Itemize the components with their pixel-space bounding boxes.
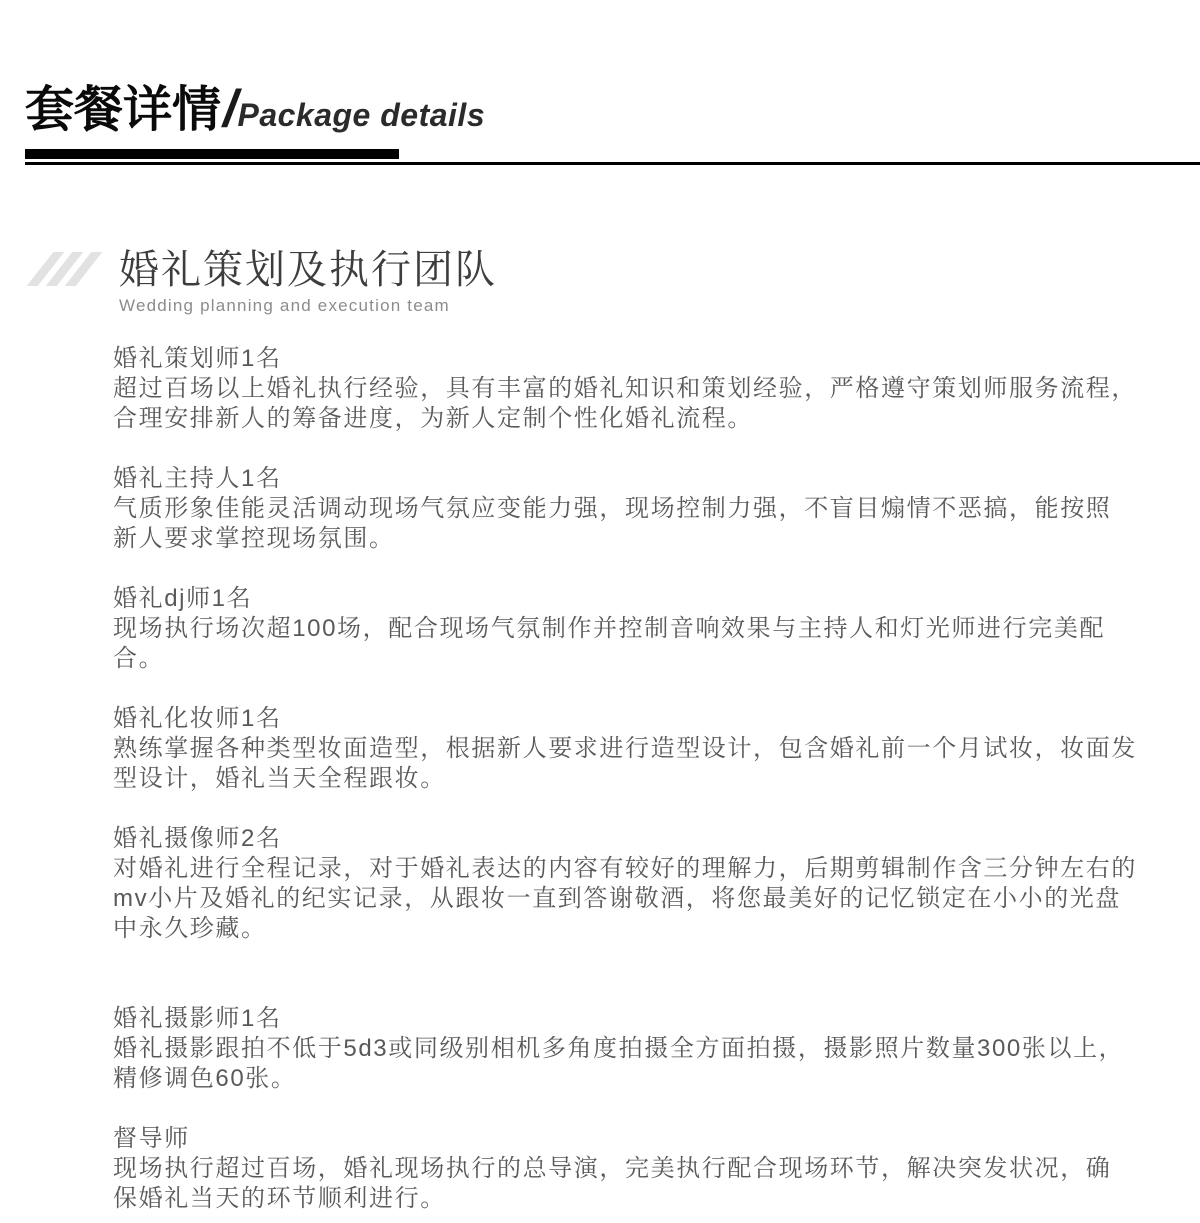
- team-member-paragraph-dj: 婚礼dj师1名 现场执行场次超100场，配合现场气氛制作并控制音响效果与主持人和…: [113, 584, 1140, 674]
- team-member-heading: 婚礼主持人1名: [113, 464, 1140, 494]
- page-header: 套餐详情 / Package details: [0, 0, 1200, 165]
- team-member-paragraph-photographer: 婚礼摄影师1名 婚礼摄影跟拍不低于5d3或同级别相机多角度拍摄全方面拍摄，摄影照…: [113, 1004, 1140, 1094]
- page-title: 套餐详情 / Package details: [25, 83, 1200, 136]
- team-member-paragraph-makeup: 婚礼化妆师1名 熟练掌握各种类型妆面造型，根据新人要求进行造型设计，包含婚礼前一…: [113, 704, 1140, 794]
- team-member-paragraph-supervisor: 督导师 现场执行超过百场，婚礼现场执行的总导演，完美执行配合现场环节，解决突发状…: [113, 1124, 1140, 1214]
- team-member-description: 现场执行超过百场，婚礼现场执行的总导演，完美执行配合现场环节，解决突发状况，确 …: [113, 1154, 1140, 1214]
- team-member-paragraph-planner: 婚礼策划师1名 超过百场以上婚礼执行经验，具有丰富的婚礼知识和策划经验，严格遵守…: [113, 344, 1140, 434]
- title-separator: /: [223, 83, 237, 135]
- package-details-content: 婚礼策划师1名 超过百场以上婚礼执行经验，具有丰富的婚礼知识和策划经验，严格遵守…: [113, 344, 1140, 1214]
- team-member-description: 婚礼摄影跟拍不低于5d3或同级别相机多角度拍摄全方面拍摄，摄影照片数量300张以…: [113, 1034, 1140, 1094]
- header-thick-divider: [25, 149, 399, 159]
- team-member-heading: 婚礼dj师1名: [113, 584, 1140, 614]
- page-title-en: Package details: [237, 97, 485, 134]
- team-member-heading: 婚礼摄影师1名: [113, 1004, 1140, 1034]
- team-member-description: 对婚礼进行全程记录，对于婚礼表达的内容有较好的理解力，后期剪辑制作含三分钟左右的…: [113, 854, 1140, 944]
- team-member-description: 现场执行场次超100场，配合现场气氛制作并控制音响效果与主持人和灯光师进行完美配…: [113, 614, 1140, 674]
- team-member-description: 气质形象佳能灵活调动现场气氛应变能力强，现场控制力强，不盲目煽情不恶搞，能按照 …: [113, 494, 1140, 554]
- team-member-description: 熟练掌握各种类型妆面造型，根据新人要求进行造型设计，包含婚礼前一个月试妆，妆面发…: [113, 734, 1140, 794]
- header-thin-divider: [25, 162, 1200, 165]
- page-title-zh: 套餐详情: [25, 85, 221, 136]
- team-member-heading: 督导师: [113, 1124, 1140, 1154]
- team-member-heading: 婚礼摄像师2名: [113, 824, 1140, 854]
- team-member-heading: 婚礼策划师1名: [113, 344, 1140, 374]
- section-title-text: 婚礼策划及执行团队 Wedding planning and execution…: [119, 249, 497, 316]
- team-member-paragraph-host: 婚礼主持人1名 气质形象佳能灵活调动现场气氛应变能力强，现场控制力强，不盲目煽情…: [113, 464, 1140, 554]
- section-title-en: Wedding planning and execution team: [119, 296, 497, 316]
- diagonal-slashes-icon: [40, 252, 97, 286]
- section-title-zh: 婚礼策划及执行团队: [119, 249, 497, 291]
- section-title-block: 婚礼策划及执行团队 Wedding planning and execution…: [0, 249, 1200, 316]
- team-member-description: 超过百场以上婚礼执行经验，具有丰富的婚礼知识和策划经验，严格遵守策划师服务流程，…: [113, 374, 1140, 434]
- team-member-paragraph-videographer: 婚礼摄像师2名 对婚礼进行全程记录，对于婚礼表达的内容有较好的理解力，后期剪辑制…: [113, 824, 1140, 944]
- team-member-heading: 婚礼化妆师1名: [113, 704, 1140, 734]
